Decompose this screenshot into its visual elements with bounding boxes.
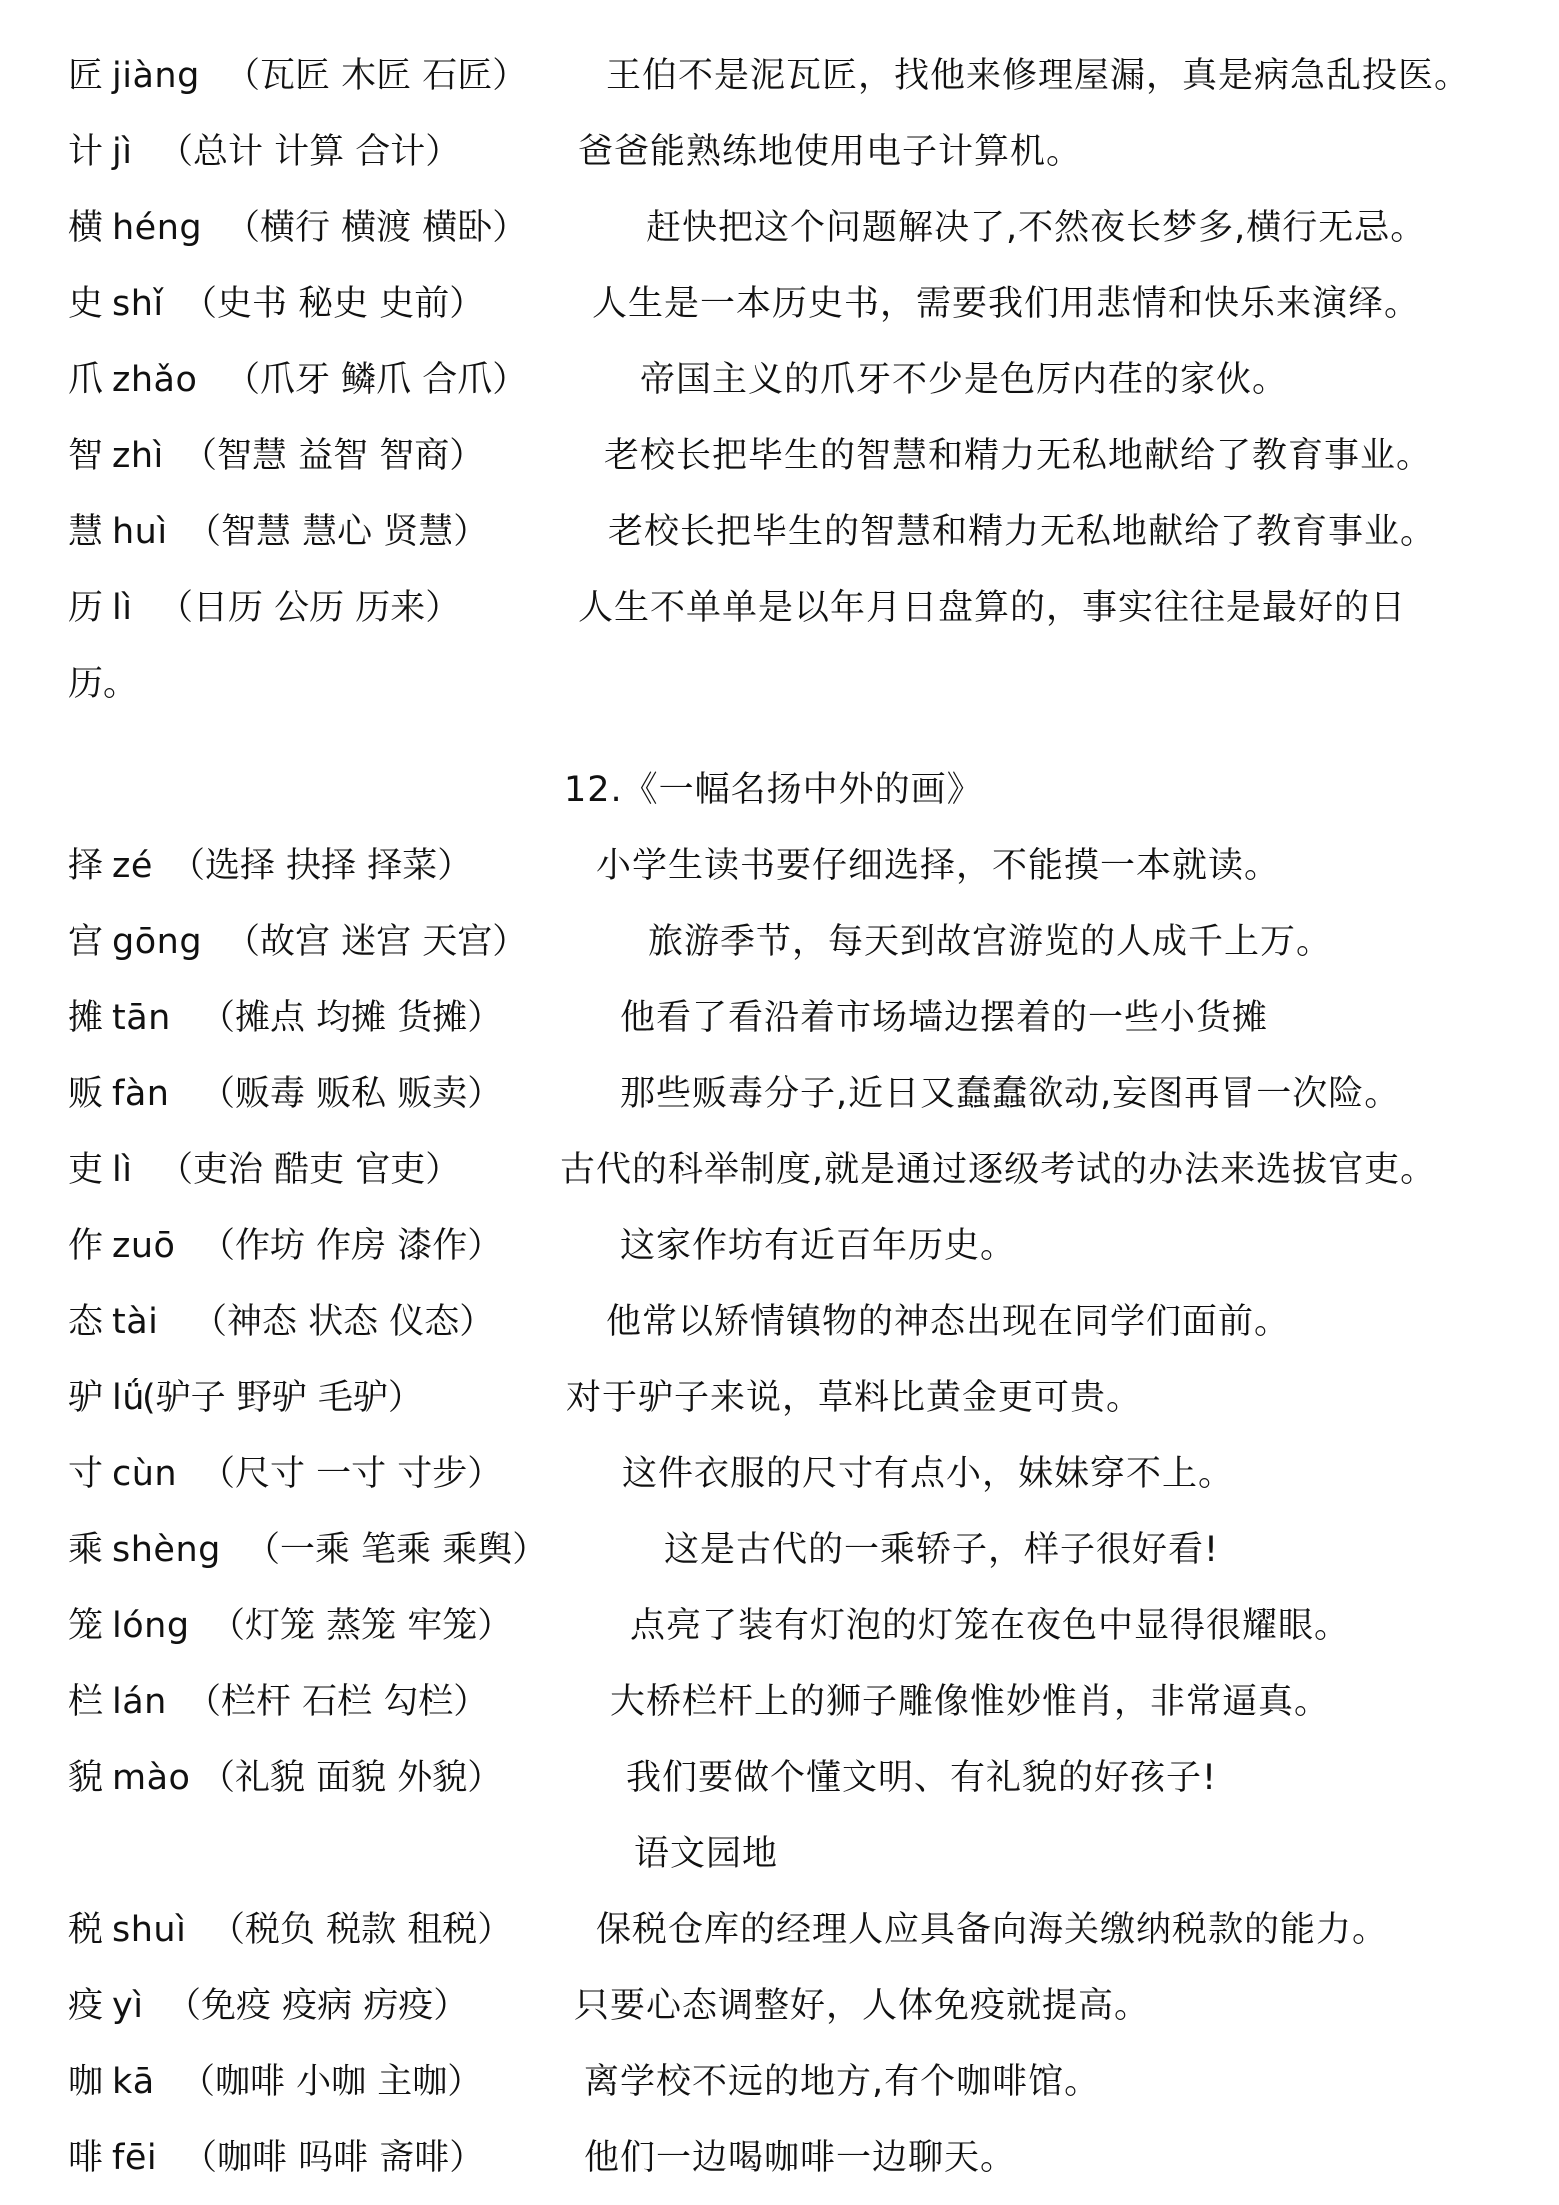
entry-char: 态 — [68, 1292, 103, 1352]
entry-char: 历 — [68, 578, 103, 638]
entry-sentence: 对于驴子来说，草料比黄金更可贵。 — [566, 1368, 1142, 1428]
entry-pinyin: lì — [112, 1140, 132, 1200]
entry-sentence: 老校长把毕生的智慧和精力无私地献给了教育事业。 — [608, 502, 1436, 562]
entry-words: （税负 税款 租税） — [210, 1900, 512, 1960]
entry-row: 计 jì （总计 计算 合计） 爸爸能熟练地使用电子计算机。 — [0, 122, 1559, 182]
entry-words: （日历 公历 历来） — [158, 578, 460, 638]
entry-sentence: 这是古代的一乘轿子，样子很好看! — [664, 1520, 1219, 1580]
entry-pinyin: tān — [112, 988, 171, 1048]
entry-row: 贩 fàn （贩毒 贩私 贩卖） 那些贩毒分子,近日又蠢蠢欲动,妄图再冒一次险。 — [0, 1064, 1559, 1124]
entry-words: (驴子 野驴 毛驴） — [142, 1368, 423, 1428]
entry-row: 税 shuì （税负 税款 租税） 保税仓库的经理人应具备向海关缴纳税款的能力。 — [0, 1900, 1559, 1960]
entry-pinyin: huì — [112, 502, 168, 562]
entry-row: 匠 jiàng （瓦匠 木匠 石匠） 王伯不是泥瓦匠，找他来修理屋漏，真是病急乱… — [0, 46, 1559, 106]
entry-sentence: 离学校不远的地方,有个咖啡馆。 — [584, 2052, 1100, 2112]
entry-sentence: 人生不单单是以年月日盘算的，事实往往是最好的日 — [578, 578, 1406, 638]
entry-words: （咖啡 吗啡 斋啡） — [182, 2128, 484, 2188]
entry-pinyin: jì — [112, 122, 132, 182]
entry-char: 驴 — [68, 1368, 103, 1428]
entry-sentence: 大桥栏杆上的狮子雕像惟妙惟肖，非常逼真。 — [610, 1672, 1330, 1732]
entry-sentence: 我们要做个懂文明、有礼貌的好孩子! — [626, 1748, 1217, 1808]
entry-sentence: 王伯不是泥瓦匠，找他来修理屋漏，真是病急乱投医。 — [606, 46, 1470, 106]
entry-words: （贩毒 贩私 贩卖） — [200, 1064, 502, 1124]
entry-char: 吏 — [68, 1140, 103, 1200]
entry-row: 宫 gōng （故宫 迷宫 天宫） 旅游季节，每天到故宫游览的人成千上万。 — [0, 912, 1559, 972]
entry-row: 驴 lǘ (驴子 野驴 毛驴） 对于驴子来说，草料比黄金更可贵。 — [0, 1368, 1559, 1428]
entry-char: 税 — [68, 1900, 103, 1960]
entry-sentence: 只要心态调整好，人体免疫就提高。 — [574, 1976, 1150, 2036]
entry-row: 摊 tān （摊点 均摊 货摊） 他看了看沿着市场墙边摆着的一些小货摊 — [0, 988, 1559, 1048]
entry-words: （免疫 疫病 疠疫） — [166, 1976, 468, 2036]
entry-words: （一乘 笔乘 乘舆） — [245, 1520, 547, 1580]
entry-char: 栏 — [68, 1672, 103, 1732]
entry-char: 作 — [68, 1216, 103, 1276]
entry-pinyin: shǐ — [112, 274, 164, 334]
entry-pinyin: lì — [112, 578, 132, 638]
entry-sentence: 古代的科举制度,就是通过逐级考试的办法来选拔官吏。 — [560, 1140, 1436, 1200]
entry-row: 态 tài （神态 状态 仪态） 他常以矫情镇物的神态出现在同学们面前。 — [0, 1292, 1559, 1352]
entry-char: 疫 — [68, 1976, 103, 2036]
entry-pinyin: tài — [112, 1292, 158, 1352]
entry-char: 宫 — [68, 912, 103, 972]
entry-pinyin: zhǎo — [112, 350, 197, 410]
entry-pinyin: fēi — [112, 2128, 157, 2188]
entry-words: （尺寸 一寸 寸步） — [200, 1444, 502, 1504]
entry-sentence: 这家作坊有近百年历史。 — [620, 1216, 1016, 1276]
entry-char: 乘 — [68, 1520, 103, 1580]
entry-words: （选择 抉择 择菜） — [170, 836, 472, 896]
entry-row: 笼 lóng （灯笼 蒸笼 牢笼） 点亮了装有灯泡的灯笼在夜色中显得很耀眼。 — [0, 1596, 1559, 1656]
entry-row: 乘 shèng （一乘 笔乘 乘舆） 这是古代的一乘轿子，样子很好看! — [0, 1520, 1559, 1580]
entry-sentence: 人生是一本历史书，需要我们用悲情和快乐来演绎。 — [592, 274, 1420, 334]
entry-pinyin: fàn — [112, 1064, 169, 1124]
entry-words: （史书 秘史 史前） — [182, 274, 484, 334]
entry-words: （灯笼 蒸笼 牢笼） — [210, 1596, 512, 1656]
entry-char: 匠 — [68, 46, 103, 106]
entry-row: 栏 lán （栏杆 石栏 勾栏） 大桥栏杆上的狮子雕像惟妙惟肖，非常逼真。 — [0, 1672, 1559, 1732]
entry-pinyin: jiàng — [112, 46, 200, 106]
entry-sentence: 点亮了装有灯泡的灯笼在夜色中显得很耀眼。 — [630, 1596, 1350, 1656]
entry-row: 吏 lì （吏治 酷吏 官吏） 古代的科举制度,就是通过逐级考试的办法来选拔官吏… — [0, 1140, 1559, 1200]
entry-sentence: 帝国主义的爪牙不少是色厉内荏的家伙。 — [640, 350, 1288, 410]
entry-words: （横行 横渡 横卧） — [225, 198, 527, 258]
entry-sentence: 旅游季节，每天到故宫游览的人成千上万。 — [648, 912, 1332, 972]
document-page: 匠 jiàng （瓦匠 木匠 石匠） 王伯不是泥瓦匠，找他来修理屋漏，真是病急乱… — [0, 0, 1559, 2205]
entry-char: 笼 — [68, 1596, 103, 1656]
entry-pinyin: héng — [112, 198, 202, 258]
entry-char: 横 — [68, 198, 103, 258]
entry-row: 疫 yì （免疫 疫病 疠疫） 只要心态调整好，人体免疫就提高。 — [0, 1976, 1559, 2036]
entry-row: 啡 fēi （咖啡 吗啡 斋啡） 他们一边喝咖啡一边聊天。 — [0, 2128, 1559, 2188]
entry-char: 史 — [68, 274, 103, 334]
entry-words: （总计 计算 合计） — [158, 122, 460, 182]
entry-pinyin: mào — [112, 1748, 190, 1808]
entry-continuation-row: 历。 — [0, 654, 1559, 714]
entry-sentence: 小学生读书要仔细选择，不能摸一本就读。 — [596, 836, 1280, 896]
entry-sentence: 那些贩毒分子,近日又蠢蠢欲动,妄图再冒一次险。 — [620, 1064, 1400, 1124]
entry-pinyin: lóng — [112, 1596, 190, 1656]
entry-row: 历 lì （日历 公历 历来） 人生不单单是以年月日盘算的，事实往往是最好的日 — [0, 578, 1559, 638]
entry-char: 智 — [68, 426, 103, 486]
entry-words: （爪牙 鳞爪 合爪） — [225, 350, 527, 410]
entry-words: （智慧 慧心 贤慧） — [186, 502, 488, 562]
entry-char: 寸 — [68, 1444, 103, 1504]
entry-sentence: 赶快把这个问题解决了,不然夜长梦多,横行无忌。 — [646, 198, 1426, 258]
entry-pinyin: zuō — [112, 1216, 175, 1276]
entry-pinyin: gōng — [112, 912, 202, 972]
section-heading: 12.《一幅名扬中外的画》 — [564, 760, 983, 820]
entry-pinyin: zé — [112, 836, 153, 896]
entry-sentence: 这件衣服的尺寸有点小，妹妹穿不上。 — [622, 1444, 1234, 1504]
entry-sentence: 老校长把毕生的智慧和精力无私地献给了教育事业。 — [604, 426, 1432, 486]
entry-row: 貌 mào （礼貌 面貌 外貌） 我们要做个懂文明、有礼貌的好孩子! — [0, 1748, 1559, 1808]
entry-row: 史 shǐ （史书 秘史 史前） 人生是一本历史书，需要我们用悲情和快乐来演绎。 — [0, 274, 1559, 334]
entry-pinyin: shèng — [112, 1520, 221, 1580]
entry-pinyin: shuì — [112, 1900, 186, 1960]
entry-sentence: 他看了看沿着市场墙边摆着的一些小货摊 — [620, 988, 1268, 1048]
entry-pinyin: lǘ — [112, 1368, 145, 1428]
entry-char: 貌 — [68, 1748, 103, 1808]
entry-row: 择 zé （选择 抉择 择菜） 小学生读书要仔细选择，不能摸一本就读。 — [0, 836, 1559, 896]
entry-char: 咖 — [68, 2052, 103, 2112]
entry-pinyin: zhì — [112, 426, 164, 486]
entry-pinyin: cùn — [112, 1444, 177, 1504]
entry-row: 横 héng （横行 横渡 横卧） 赶快把这个问题解决了,不然夜长梦多,横行无忌… — [0, 198, 1559, 258]
entry-sentence: 保税仓库的经理人应具备向海关缴纳税款的能力。 — [596, 1900, 1388, 1960]
entry-char: 爪 — [68, 350, 103, 410]
entry-sentence: 他常以矫情镇物的神态出现在同学们面前。 — [606, 1292, 1290, 1352]
entry-char: 啡 — [68, 2128, 103, 2188]
entry-row: 智 zhì （智慧 益智 智商） 老校长把毕生的智慧和精力无私地献给了教育事业。 — [0, 426, 1559, 486]
entry-row: 爪 zhǎo （爪牙 鳞爪 合爪） 帝国主义的爪牙不少是色厉内荏的家伙。 — [0, 350, 1559, 410]
entry-pinyin: lán — [112, 1672, 167, 1732]
entry-words: （咖啡 小咖 主咖） — [180, 2052, 482, 2112]
entry-char: 择 — [68, 836, 103, 896]
entry-words: （故宫 迷宫 天宫） — [225, 912, 527, 972]
entry-char: 慧 — [68, 502, 103, 562]
entry-row: 慧 huì （智慧 慧心 贤慧） 老校长把毕生的智慧和精力无私地献给了教育事业。 — [0, 502, 1559, 562]
entry-row: 寸 cùn （尺寸 一寸 寸步） 这件衣服的尺寸有点小，妹妹穿不上。 — [0, 1444, 1559, 1504]
entry-row: 咖 kā （咖啡 小咖 主咖） 离学校不远的地方,有个咖啡馆。 — [0, 2052, 1559, 2112]
entry-row: 作 zuō （作坊 作房 漆作） 这家作坊有近百年历史。 — [0, 1216, 1559, 1276]
entry-pinyin: yì — [112, 1976, 143, 2036]
entry-words: （摊点 均摊 货摊） — [200, 988, 502, 1048]
entry-sentence: 他们一边喝咖啡一边聊天。 — [584, 2128, 1016, 2188]
entry-words: （作坊 作房 漆作） — [200, 1216, 502, 1276]
entry-continuation: 历。 — [68, 654, 138, 714]
section-heading: 语文园地 — [634, 1824, 778, 1884]
entry-words: （智慧 益智 智商） — [182, 426, 484, 486]
entry-char: 摊 — [68, 988, 103, 1048]
entry-words: （礼貌 面貌 外貌） — [200, 1748, 502, 1808]
entry-words: （瓦匠 木匠 石匠） — [225, 46, 527, 106]
entry-words: （神态 状态 仪态） — [192, 1292, 494, 1352]
entry-words: （吏治 酷吏 官吏） — [158, 1140, 460, 1200]
entry-char: 计 — [68, 122, 103, 182]
entry-pinyin: kā — [112, 2052, 155, 2112]
entry-char: 贩 — [68, 1064, 103, 1124]
entry-words: （栏杆 石栏 勾栏） — [186, 1672, 488, 1732]
entry-sentence: 爸爸能熟练地使用电子计算机。 — [578, 122, 1082, 182]
